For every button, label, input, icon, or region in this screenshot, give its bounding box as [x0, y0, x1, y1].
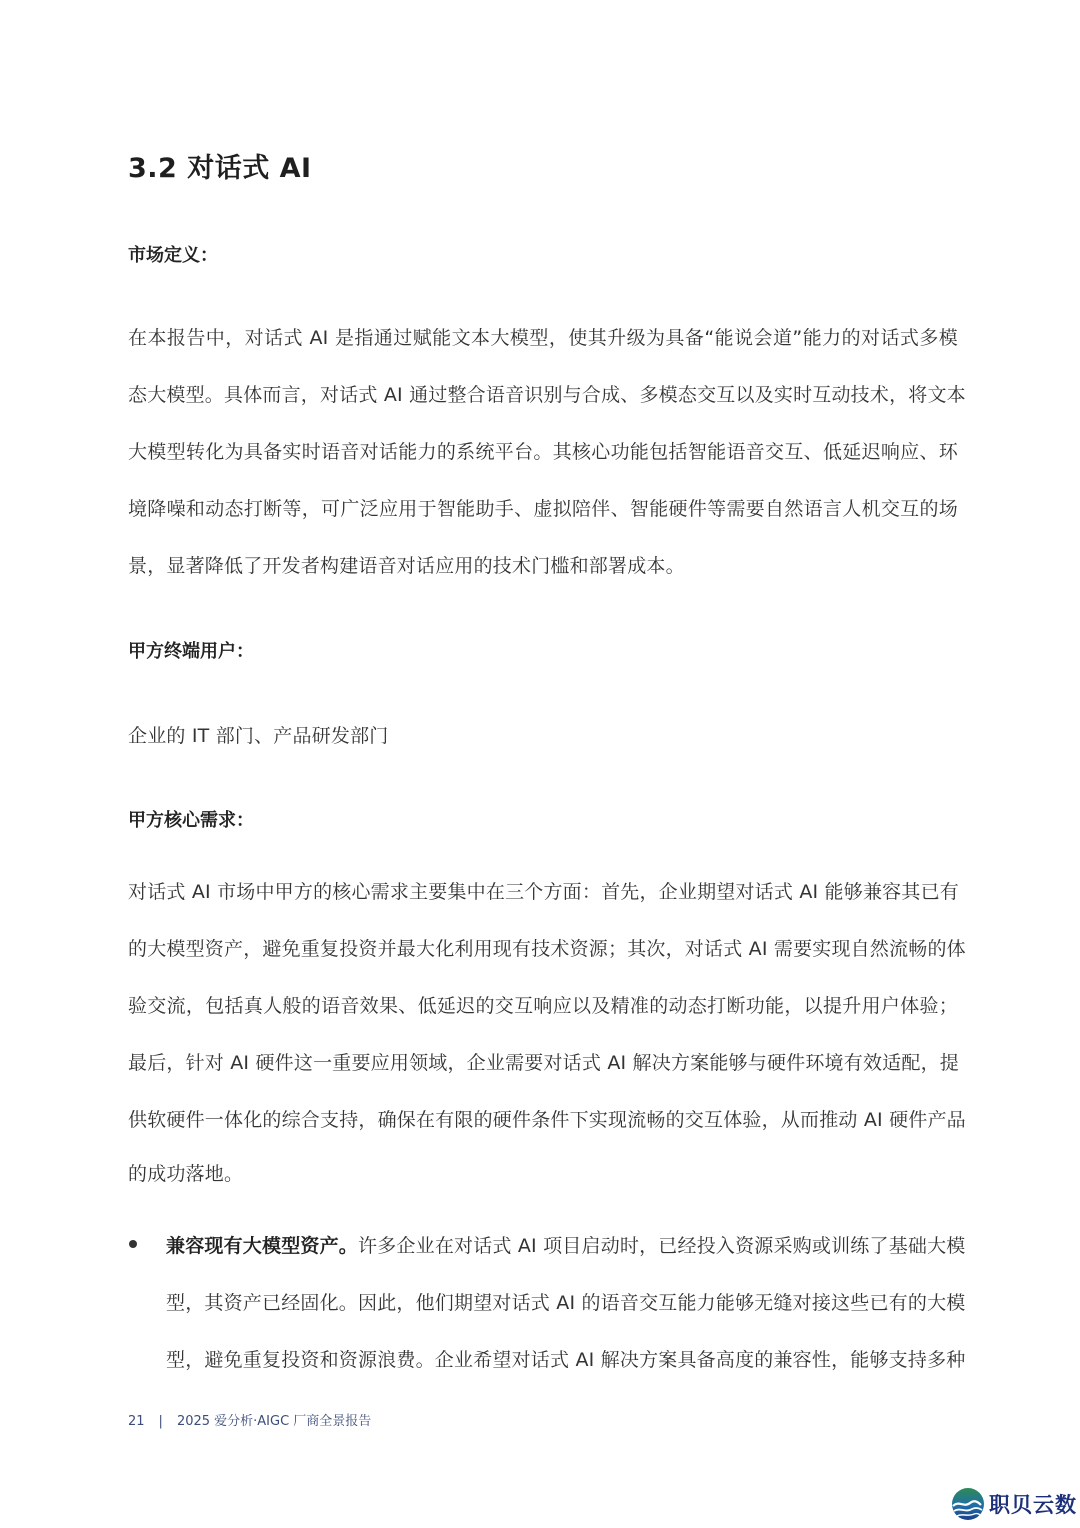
footer-separator: |: [159, 1414, 163, 1429]
bullet-item-line: 型，避免重复投资和资源浪费。企业希望对话式 AI 解决方案具备高度的兼容性，能够…: [166, 1345, 958, 1372]
section-title: 3.2 对话式 AI: [128, 146, 312, 185]
watermark-logo: 职贝云数: [950, 1484, 1077, 1524]
page-footer: 21|2025 爱分析·AIGC 厂商全景报告: [128, 1410, 371, 1429]
bullet-item-line: 兼容现有大模型资产。许多企业在对话式 AI 项目启动时，已经投入资源采购或训练了…: [166, 1231, 958, 1258]
brand-name: 职贝云数: [989, 1489, 1077, 1519]
market-definition-line: 态大模型。具体而言，对话式 AI 通过整合语音识别与合成、多模态交互以及实时互动…: [128, 380, 958, 407]
core-needs-line: 供软硬件一体化的综合支持，确保在有限的硬件条件下实现流畅的交互体验，从而推动 A…: [128, 1105, 958, 1132]
market-definition-line: 景，显著降低了开发者构建语音对话应用的技术门槛和部署成本。: [128, 551, 958, 578]
core-needs-line: 最后，针对 AI 硬件这一重要应用领域，企业需要对话式 AI 解决方案能够与硬件…: [128, 1048, 958, 1075]
report-title: 2025 爱分析·AIGC 厂商全景报告: [177, 1414, 371, 1429]
market-definition-line: 大模型转化为具备实时语音对话能力的系统平台。其核心功能包括智能语音交互、低延迟响…: [128, 437, 958, 464]
bullet-icon: [129, 1240, 137, 1248]
page-number: 21: [128, 1414, 145, 1429]
bullet-item-title: 兼容现有大模型资产。: [166, 1235, 358, 1257]
core-needs-line: 对话式 AI 市场中甲方的核心需求主要集中在三个方面：首先，企业期望对话式 AI…: [128, 877, 958, 904]
core-needs-line: 的成功落地。: [128, 1159, 958, 1186]
market-definition-heading: 市场定义：: [128, 241, 218, 267]
end-users-heading: 甲方终端用户：: [128, 637, 254, 663]
bullet-item-line: 型，其资产已经固化。因此，他们期望对话式 AI 的语音交互能力能够无缝对接这些已…: [166, 1288, 958, 1315]
wave-globe-logo-icon: [950, 1486, 986, 1522]
bullet-item-text: 许多企业在对话式 AI 项目启动时，已经投入资源采购或训练了基础大模: [358, 1235, 965, 1257]
document-page: 3.2 对话式 AI 市场定义： 在本报告中，对话式 AI 是指通过赋能文本大模…: [0, 0, 1080, 1528]
core-needs-line: 的大模型资产，避免重复投资并最大化利用现有技术资源；其次，对话式 AI 需要实现…: [128, 934, 958, 961]
market-definition-line: 在本报告中，对话式 AI 是指通过赋能文本大模型，使其升级为具备“能说会道”能力…: [128, 323, 958, 350]
end-users-text: 企业的 IT 部门、产品研发部门: [128, 721, 958, 748]
core-needs-heading: 甲方核心需求：: [128, 806, 254, 832]
core-needs-line: 验交流，包括真人般的语音效果、低延迟的交互响应以及精准的动态打断功能，以提升用户…: [128, 991, 958, 1018]
market-definition-line: 境降噪和动态打断等，可广泛应用于智能助手、虚拟陪伴、智能硬件等需要自然语言人机交…: [128, 494, 958, 521]
